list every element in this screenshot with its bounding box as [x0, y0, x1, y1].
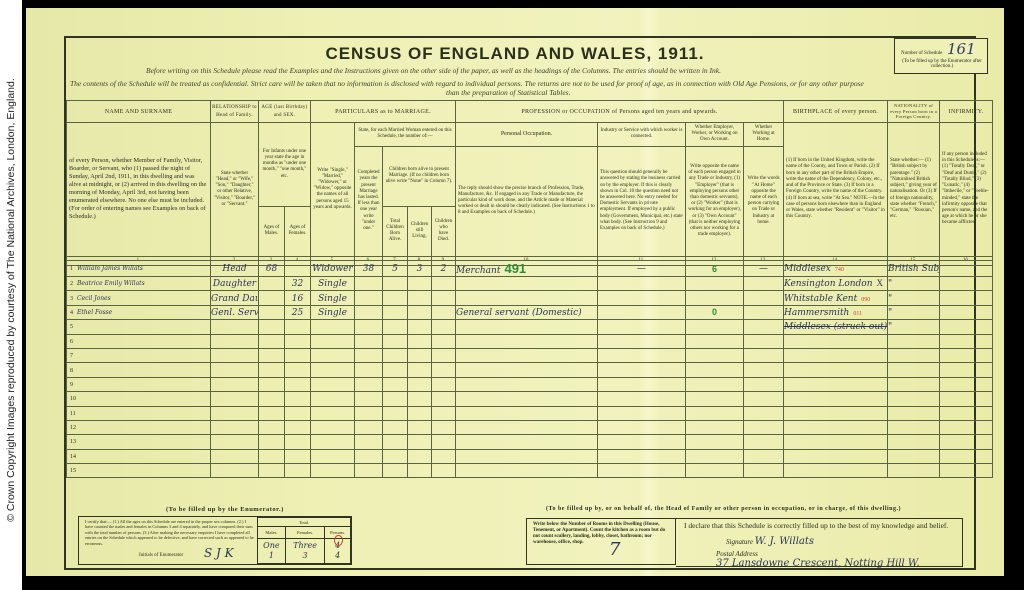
cell-name: 9	[67, 377, 211, 391]
subheader-still-living: Children still Living.	[408, 206, 432, 256]
cell-living	[408, 435, 432, 449]
entry-rel: Grand Daughter	[211, 294, 259, 304]
row-number: 4	[70, 310, 73, 316]
cell-home	[744, 420, 784, 434]
cell-male	[259, 320, 285, 334]
cell-years	[355, 305, 383, 319]
cell-living	[408, 377, 432, 391]
postal-address-field: Postal Address 37 Lansdowne Crescent, No…	[716, 550, 962, 569]
header-name: NAME AND SURNAME	[67, 101, 211, 123]
table-row: 9	[67, 377, 993, 391]
cell-male	[259, 406, 285, 420]
entry-status: Widower	[312, 264, 352, 274]
cell-rel	[211, 406, 259, 420]
males-label: Males.	[258, 527, 286, 539]
subheader-at-home: Whether Working at Home.	[744, 123, 784, 147]
cell-status	[311, 449, 355, 463]
cell-emp	[686, 320, 744, 334]
cell-years	[355, 464, 383, 478]
entry-name: Beatrice Emily Willats	[77, 280, 145, 287]
cell-born	[383, 435, 408, 449]
row-number: 13	[70, 439, 76, 445]
cell-died	[432, 348, 456, 362]
entry-nat: "	[888, 279, 892, 289]
cell-inf	[940, 392, 993, 406]
schedule-number-box: Number of Schedule 161 (To be filled up …	[894, 38, 988, 74]
cell-occ	[456, 464, 598, 478]
rooms-box: Write below the Number of Rooms in this …	[526, 518, 676, 565]
cell-died	[432, 449, 456, 463]
cell-nat	[888, 406, 940, 420]
cell-name: 6	[67, 334, 211, 348]
birthplace-code: 740	[835, 267, 844, 273]
cell-birth: Middlesex740	[784, 261, 888, 277]
cell-female	[285, 464, 311, 478]
cell-nat: "	[888, 305, 940, 319]
cell-industry	[598, 449, 686, 463]
cell-died	[432, 291, 456, 305]
cell-emp	[686, 363, 744, 377]
cell-occ	[456, 449, 598, 463]
subheader-age-females: Ages of Females.	[285, 206, 311, 256]
cell-industry	[598, 277, 686, 291]
cell-home	[744, 348, 784, 362]
table-row: 1William James WillatsHead68Widower38532…	[67, 261, 993, 277]
entry-status: Single	[318, 279, 347, 289]
cell-status	[311, 420, 355, 434]
cell-status	[311, 377, 355, 391]
cell-occ	[456, 291, 598, 305]
cell-nat	[888, 464, 940, 478]
enumerator-heading: (To be filled up by the Enumerator.)	[166, 506, 284, 513]
entry-rel: Genl. Servant	[211, 308, 259, 318]
cell-birth: Whitstable Kent090	[784, 291, 888, 305]
cell-occ	[456, 348, 598, 362]
cell-male	[259, 435, 285, 449]
cell-industry	[598, 377, 686, 391]
cell-years	[355, 449, 383, 463]
table-row: 12	[67, 420, 993, 434]
cell-industry	[598, 348, 686, 362]
cell-male	[259, 464, 285, 478]
cell-name: 5	[67, 320, 211, 334]
cell-occ	[456, 392, 598, 406]
cell-died	[432, 305, 456, 319]
cell-male	[259, 334, 285, 348]
cell-industry	[598, 420, 686, 434]
cell-living	[408, 392, 432, 406]
entry-male: 68	[266, 264, 277, 274]
enumerator-initials: S J K	[204, 546, 234, 560]
cell-born	[383, 291, 408, 305]
red-circle-mark	[334, 535, 343, 546]
cell-years	[355, 435, 383, 449]
subheader-age-infants: For Infants under one year state the age…	[259, 123, 311, 207]
table-row: 4Ethel FosseGenl. Servant25SingleGeneral…	[67, 305, 993, 319]
cell-nat	[888, 420, 940, 434]
cell-female: 16	[285, 291, 311, 305]
row-number: 15	[70, 468, 76, 474]
cell-home	[744, 277, 784, 291]
cell-inf	[940, 320, 993, 334]
schedule-number-note: (To be filled up by the Enumerator after…	[901, 59, 983, 69]
cell-rel: Head	[211, 261, 259, 277]
birthplace-code: 011	[853, 311, 862, 317]
cell-inf	[940, 363, 993, 377]
census-schedule-page: CENSUS OF ENGLAND AND WALES, 1911. Befor…	[26, 8, 1004, 576]
cell-male	[259, 449, 285, 463]
cell-name: 8	[67, 363, 211, 377]
cell-born	[383, 377, 408, 391]
table-row: 2Beatrice Emily WillatsDaughter32SingleK…	[67, 277, 993, 291]
subheader-name: of every Person, whether Member of Famil…	[67, 123, 211, 257]
cell-living	[408, 449, 432, 463]
subheader-personal-occupation-desc: The reply should show the precise branch…	[456, 146, 598, 256]
table-row: 8	[67, 363, 993, 377]
cell-years	[355, 334, 383, 348]
cell-birth: Hammersmith011	[784, 305, 888, 319]
subheader-total-born: Total Children Born Alive.	[383, 206, 408, 256]
cell-male	[259, 420, 285, 434]
cell-birth	[784, 334, 888, 348]
table-row: 13	[67, 435, 993, 449]
cell-nat	[888, 334, 940, 348]
subheader-married-women: State, for each Married Woman entered on…	[355, 123, 456, 147]
cell-industry	[598, 392, 686, 406]
header-marriage: PARTICULARS as to MARRIAGE.	[311, 101, 456, 123]
cell-name: 7	[67, 348, 211, 362]
head-heading: (To be filled up by, or on behalf of, th…	[546, 506, 901, 512]
cell-female	[285, 261, 311, 277]
subheader-personal-occupation: Personal Occupation.	[456, 123, 598, 147]
cell-status	[311, 363, 355, 377]
cell-female	[285, 406, 311, 420]
cell-emp	[686, 435, 744, 449]
cell-rel	[211, 449, 259, 463]
cell-birth	[784, 435, 888, 449]
cell-industry	[598, 334, 686, 348]
cell-female: 25	[285, 305, 311, 319]
cell-living	[408, 363, 432, 377]
subheader-birthplace: (1) If born in the United Kingdom, write…	[784, 123, 888, 257]
schedule-number-value: 161	[947, 40, 976, 58]
cell-birth: Kensington LondonX	[784, 277, 888, 291]
cell-occ	[456, 377, 598, 391]
cell-died: 2	[432, 261, 456, 277]
cell-female	[285, 348, 311, 362]
cell-rel: Genl. Servant	[211, 305, 259, 319]
subheader-at-home-desc: Write the words "At Home" opposite the n…	[744, 146, 784, 256]
rooms-instructions: Write below the Number of Rooms in this …	[533, 522, 665, 545]
rooms-count: 7	[609, 547, 620, 553]
cell-female	[285, 435, 311, 449]
entry-emp: 0	[712, 307, 717, 317]
row-number: 3	[70, 296, 73, 302]
cell-years	[355, 291, 383, 305]
cell-years: 38	[355, 261, 383, 277]
cell-status	[311, 464, 355, 478]
cell-died	[432, 334, 456, 348]
cell-female	[285, 363, 311, 377]
cell-inf	[940, 305, 993, 319]
cell-died	[432, 277, 456, 291]
cell-nat: British Subj.	[888, 261, 940, 277]
entry-nat: "	[888, 322, 892, 332]
postal-address-value: 37 Lansdowne Crescent, Notting Hill W.	[716, 558, 920, 569]
cell-female	[285, 320, 311, 334]
entry-birth: Hammersmith	[784, 308, 849, 318]
row-number: 10	[70, 396, 76, 402]
entry-nat: British Subj.	[888, 264, 940, 274]
cell-died	[432, 420, 456, 434]
cell-status: Widower	[311, 261, 355, 277]
cell-status: Single	[311, 277, 355, 291]
cell-home	[744, 435, 784, 449]
table-row: 10	[67, 392, 993, 406]
cell-born	[383, 320, 408, 334]
header-birthplace: BIRTHPLACE of every person.	[784, 101, 888, 123]
cell-male	[259, 392, 285, 406]
cell-nat: "	[888, 277, 940, 291]
entry-birth: Middlesex (struck out)	[784, 322, 887, 332]
table-row: 15	[67, 464, 993, 478]
cell-industry	[598, 320, 686, 334]
cell-living	[408, 305, 432, 319]
cell-died	[432, 406, 456, 420]
cell-nat	[888, 392, 940, 406]
entry-home: —	[759, 264, 768, 274]
cell-birth	[784, 348, 888, 362]
cell-home	[744, 449, 784, 463]
entry-female: 25	[292, 308, 303, 318]
cell-male	[259, 277, 285, 291]
subheader-industry: Industry or Service with which worker is…	[598, 123, 686, 147]
cell-female: 32	[285, 277, 311, 291]
entry-female: 32	[292, 279, 303, 289]
row-number: 5	[70, 324, 73, 330]
males-total: One1	[258, 539, 286, 564]
cell-born	[383, 277, 408, 291]
subheader-employer-desc: Write opposite the name of each person e…	[686, 146, 744, 256]
entry-industry: —	[637, 264, 646, 274]
copyright-credit: © Crown Copyright Images reproduced by c…	[0, 0, 22, 590]
cell-home	[744, 377, 784, 391]
header-relationship: RELATIONSHIP to Head of Family.	[211, 101, 259, 123]
cell-rel	[211, 363, 259, 377]
table-row: 11	[67, 406, 993, 420]
cell-occ	[456, 363, 598, 377]
cell-home	[744, 305, 784, 319]
subheader-years-married: Completed years the present Marriage has…	[355, 146, 383, 256]
cell-emp	[686, 291, 744, 305]
cell-name: 11	[67, 406, 211, 420]
cell-birth	[784, 420, 888, 434]
enumerator-initials-label: Initials of Enumerator	[139, 553, 183, 558]
cell-rel	[211, 392, 259, 406]
cell-home	[744, 291, 784, 305]
declaration-text: I declare that this Schedule is correctl…	[684, 521, 948, 530]
cell-emp	[686, 406, 744, 420]
cell-birth	[784, 363, 888, 377]
entry-occ: Merchant	[456, 266, 500, 276]
cell-male: 68	[259, 261, 285, 277]
cell-born	[383, 449, 408, 463]
cell-home: —	[744, 261, 784, 277]
cell-nat: "	[888, 320, 940, 334]
cell-status	[311, 406, 355, 420]
cell-living	[408, 320, 432, 334]
cell-status: Single	[311, 291, 355, 305]
cell-living	[408, 277, 432, 291]
declaration-box: I declare that this Schedule is correctl…	[676, 518, 963, 567]
schedule-number-label: Number of Schedule	[901, 51, 942, 56]
cell-emp	[686, 392, 744, 406]
cell-nat	[888, 377, 940, 391]
cell-emp	[686, 334, 744, 348]
cell-rel: Grand Daughter	[211, 291, 259, 305]
cell-occ	[456, 435, 598, 449]
cell-inf	[940, 334, 993, 348]
cell-years	[355, 320, 383, 334]
cell-inf	[940, 377, 993, 391]
cell-born	[383, 305, 408, 319]
subheader-industry-desc: This question should generally be answer…	[598, 146, 686, 256]
row-number: 12	[70, 425, 76, 431]
cell-died	[432, 377, 456, 391]
header-nationality: NATIONALITY of every Person born in a Fo…	[888, 101, 940, 123]
cell-living	[408, 464, 432, 478]
cell-status	[311, 435, 355, 449]
subheader-died: Children who have Died.	[432, 206, 456, 256]
subheader-relationship: State whether "Head," or "Wife," "Son," …	[211, 123, 259, 257]
table-row: 6	[67, 334, 993, 348]
cell-birth	[784, 377, 888, 391]
cell-male	[259, 305, 285, 319]
cell-occ	[456, 334, 598, 348]
cell-male	[259, 363, 285, 377]
header-age: AGE (last Birthday) and SEX.	[259, 101, 311, 123]
entry-status: Single	[318, 294, 347, 304]
cell-home	[744, 363, 784, 377]
cell-female	[285, 377, 311, 391]
cell-emp	[686, 420, 744, 434]
cell-living	[408, 406, 432, 420]
enumerator-certification: I certify that:— (1.) All the ages on th…	[85, 519, 255, 546]
cell-nat	[888, 348, 940, 362]
cell-rel: Daughter	[211, 277, 259, 291]
row-number: 6	[70, 339, 73, 345]
birthplace-code: 090	[861, 297, 870, 303]
cell-rel	[211, 464, 259, 478]
cell-male	[259, 377, 285, 391]
instruction-line-1: Before writing on this Schedule please r…	[146, 66, 721, 75]
cell-status	[311, 320, 355, 334]
subheader-nationality: State whether:— (1) "British subject by …	[888, 123, 940, 257]
cell-rel	[211, 377, 259, 391]
cell-name: 14	[67, 449, 211, 463]
cell-birth	[784, 464, 888, 478]
females-label: Females.	[285, 527, 324, 539]
birthplace-code: X	[877, 278, 884, 288]
cell-home	[744, 320, 784, 334]
entry-emp: 6	[712, 264, 717, 274]
census-entries: 1William James WillatsHead68Widower38532…	[66, 260, 993, 478]
cell-home	[744, 464, 784, 478]
cell-occ	[456, 406, 598, 420]
cell-born	[383, 420, 408, 434]
entry-female: 16	[292, 294, 303, 304]
row-number: 2	[70, 281, 73, 287]
cell-emp	[686, 277, 744, 291]
cell-male	[259, 291, 285, 305]
cell-industry	[598, 305, 686, 319]
cell-emp	[686, 449, 744, 463]
cell-nat	[888, 435, 940, 449]
cell-industry	[598, 406, 686, 420]
cell-rel	[211, 334, 259, 348]
entry-nat: "	[888, 294, 892, 304]
cell-died	[432, 435, 456, 449]
cell-emp: 0	[686, 305, 744, 319]
cell-birth	[784, 406, 888, 420]
cell-female	[285, 392, 311, 406]
cell-birth	[784, 449, 888, 463]
entry-rel: Head	[222, 264, 246, 274]
cell-status	[311, 334, 355, 348]
cell-born	[383, 348, 408, 362]
subheader-children-alive: Children born alive to present Marriage.…	[383, 146, 456, 206]
cell-name: 1William James Willats	[67, 261, 211, 277]
row-number: 9	[70, 382, 73, 388]
cell-inf	[940, 277, 993, 291]
cell-status	[311, 392, 355, 406]
cell-emp	[686, 464, 744, 478]
cell-emp	[686, 377, 744, 391]
entry-born: 5	[392, 264, 398, 274]
cell-died	[432, 320, 456, 334]
cell-born	[383, 406, 408, 420]
cell-name: 13	[67, 435, 211, 449]
cell-nat	[888, 363, 940, 377]
cell-birth	[784, 392, 888, 406]
cell-born	[383, 392, 408, 406]
cell-male	[259, 348, 285, 362]
cell-years	[355, 406, 383, 420]
cell-years	[355, 377, 383, 391]
entry-died: 2	[441, 264, 447, 274]
cell-died	[432, 392, 456, 406]
row-number: 7	[70, 353, 73, 359]
cell-industry	[598, 464, 686, 478]
cell-nat	[888, 449, 940, 463]
header-infirmity: INFIRMITY.	[940, 101, 993, 123]
cell-died	[432, 464, 456, 478]
cell-years	[355, 420, 383, 434]
cell-occ	[456, 320, 598, 334]
cell-industry: —	[598, 261, 686, 277]
cell-industry	[598, 435, 686, 449]
header-occupation: PROFESSION or OCCUPATION of Persons aged…	[456, 101, 784, 123]
table-row: 3Cecil JonesGrand Daughter16SingleWhitst…	[67, 291, 993, 305]
cell-inf	[940, 420, 993, 434]
cell-died	[432, 363, 456, 377]
cell-occ	[456, 277, 598, 291]
cell-emp: 6	[686, 261, 744, 277]
cell-living: 3	[408, 261, 432, 277]
cell-female	[285, 420, 311, 434]
entry-status: Single	[318, 308, 347, 318]
cell-birth: Middlesex (struck out)	[784, 320, 888, 334]
